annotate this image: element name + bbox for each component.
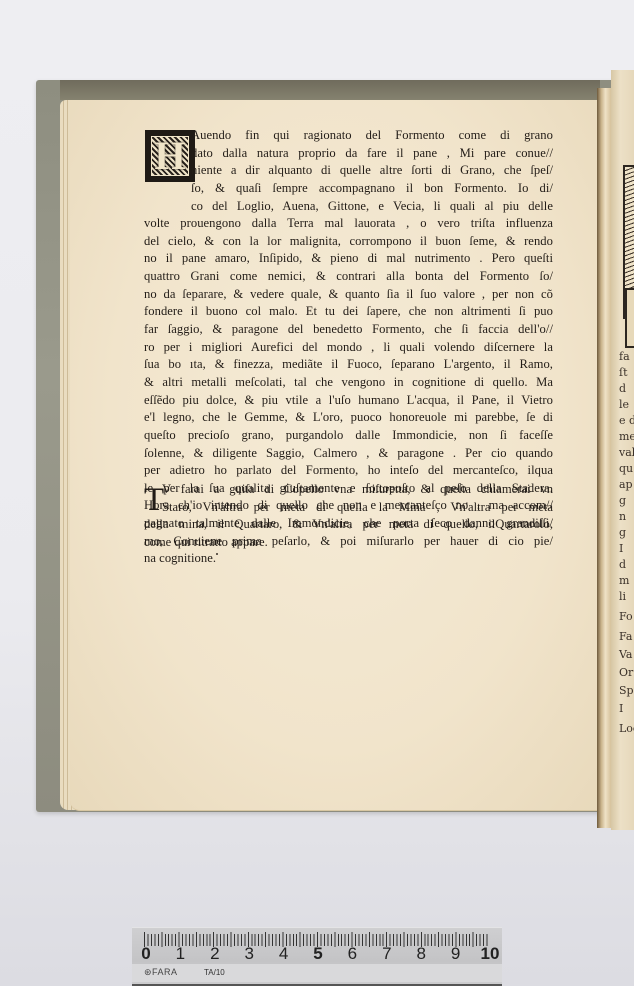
facing-page-text-fragment: Log bbox=[619, 722, 634, 735]
text-line: Staro, Vn'altra per meta di quella la Mi… bbox=[144, 499, 553, 517]
ruler-label-strip bbox=[132, 964, 502, 982]
text-line: ſo, & quaſi ſempre accompagnano il bon F… bbox=[144, 180, 553, 198]
ruler-number: 7 bbox=[382, 944, 391, 964]
ruler-number: 9 bbox=[451, 944, 460, 964]
ruler-number: 10 bbox=[481, 944, 500, 964]
facing-page-text-fragment: li bbox=[619, 590, 626, 603]
text-line: dato dalla natura proprio da fare il pan… bbox=[144, 145, 553, 163]
text-line: co del Loglio, Auena, Gittone, e Vecia, … bbox=[144, 198, 553, 216]
facing-page-text-fragment: I bbox=[619, 702, 623, 715]
facing-page-text-fragment: Fa bbox=[619, 630, 632, 643]
facing-page: faſtdlee dimevaloquapgngIdmliFoFaVaOrSpI… bbox=[611, 70, 634, 830]
facing-page-text-fragment: fa bbox=[619, 350, 630, 363]
ruler-number: 4 bbox=[279, 944, 288, 964]
facing-page-text-fragment: Or bbox=[619, 666, 633, 679]
text-line: per adietro ho parlato del Formento, ho … bbox=[144, 462, 553, 480]
facing-page-text-fragment: qu bbox=[619, 462, 633, 475]
facing-page-text-fragment: m bbox=[619, 574, 629, 587]
ruler-brand: ⊛FARA bbox=[144, 967, 178, 978]
facing-page-text-fragment: n bbox=[619, 510, 626, 523]
ruler-number: 3 bbox=[244, 944, 253, 964]
facing-page-text-fragment: Sp bbox=[619, 684, 634, 697]
paragraph-2: V farai a guiſa di Copello vna miſuretta… bbox=[144, 481, 553, 552]
facing-page-text-fragment: Va bbox=[619, 648, 633, 661]
facing-page-text-fragment: ſt bbox=[619, 366, 628, 379]
facing-page-text-fragment: d bbox=[619, 382, 626, 395]
ruler-number: 5 bbox=[313, 944, 322, 964]
text-line: no il pane amaro, Inſipido, & pieno di m… bbox=[144, 250, 553, 268]
facing-page-text-fragment: g bbox=[619, 494, 626, 507]
facing-page-text-fragment: valo bbox=[619, 446, 634, 459]
ink-speck bbox=[216, 553, 218, 555]
ruler-number: 6 bbox=[348, 944, 357, 964]
text-line: queſto precioſo grano, purgandolo dalle … bbox=[144, 427, 553, 445]
text-line: della mina, il Quartaro, & Vn'altra per … bbox=[144, 516, 553, 534]
text-line: come qui ritratto appare. bbox=[144, 534, 553, 552]
facing-page-text-fragment: Fo bbox=[619, 610, 633, 623]
measurement-ruler: 012345678910 ⊛FARA TA/10 bbox=[132, 927, 502, 986]
text-line: niente a dir alquanto di quelle altre ſo… bbox=[144, 162, 553, 180]
text-line: ſolenne, & diligente Saggio, Calmero , &… bbox=[144, 445, 553, 463]
facing-page-text-fragment: e di bbox=[619, 414, 634, 427]
facing-page-text-fragment: g bbox=[619, 526, 626, 539]
facing-page-text-fragment: I bbox=[619, 542, 623, 555]
text-line: del cielo, & con la lor malignita, corro… bbox=[144, 233, 553, 251]
ruler-number: 2 bbox=[210, 944, 219, 964]
text-line: e'l legno, che le Gemme, & L'oro, puoco … bbox=[144, 409, 553, 427]
facing-page-text-fragment: d bbox=[619, 558, 626, 571]
text-line: ro per i migliori Aurefici del mondo , l… bbox=[144, 339, 553, 357]
book-gutter bbox=[597, 88, 611, 828]
book-cover-top-edge bbox=[60, 80, 600, 100]
text-line: quattro Grani come nemici, & contrari al… bbox=[144, 268, 553, 286]
text-line: fondere il buono col malo. Et tu dei ſap… bbox=[144, 303, 553, 321]
facing-page-text-fragment: ap bbox=[619, 478, 633, 491]
text-line: no da ſeparare, & vedere quale, & quanto… bbox=[144, 286, 553, 304]
facing-page-text-fragment: me bbox=[619, 430, 634, 443]
facing-page-text-fragment: le bbox=[619, 398, 629, 411]
facing-page-initial bbox=[625, 288, 634, 348]
text-line: far ſaggio, & paragone del benedetto For… bbox=[144, 321, 553, 339]
text-line: ſua bo ıta, & finezza, mediãte il Fuoco,… bbox=[144, 356, 553, 374]
ruler-model: TA/10 bbox=[204, 968, 225, 977]
text-line: V farai a guiſa di Copello vna miſuretta… bbox=[144, 481, 553, 499]
text-line: Auendo fin qui ragionato del Formento co… bbox=[144, 127, 553, 145]
text-line: na cognitione. bbox=[144, 550, 553, 568]
text-line: volte prouengono dalla Terra mal lauorat… bbox=[144, 215, 553, 233]
text-line: eſſẽdo piu dolce, & piu vtile a l'uſo hu… bbox=[144, 392, 553, 410]
text-line: & altri metalli meſcolati, tal che vengo… bbox=[144, 374, 553, 392]
ruler-number: 1 bbox=[176, 944, 185, 964]
ruler-numbers: 012345678910 bbox=[132, 944, 502, 964]
ruler-number: 8 bbox=[416, 944, 425, 964]
ruler-number: 0 bbox=[141, 944, 150, 964]
